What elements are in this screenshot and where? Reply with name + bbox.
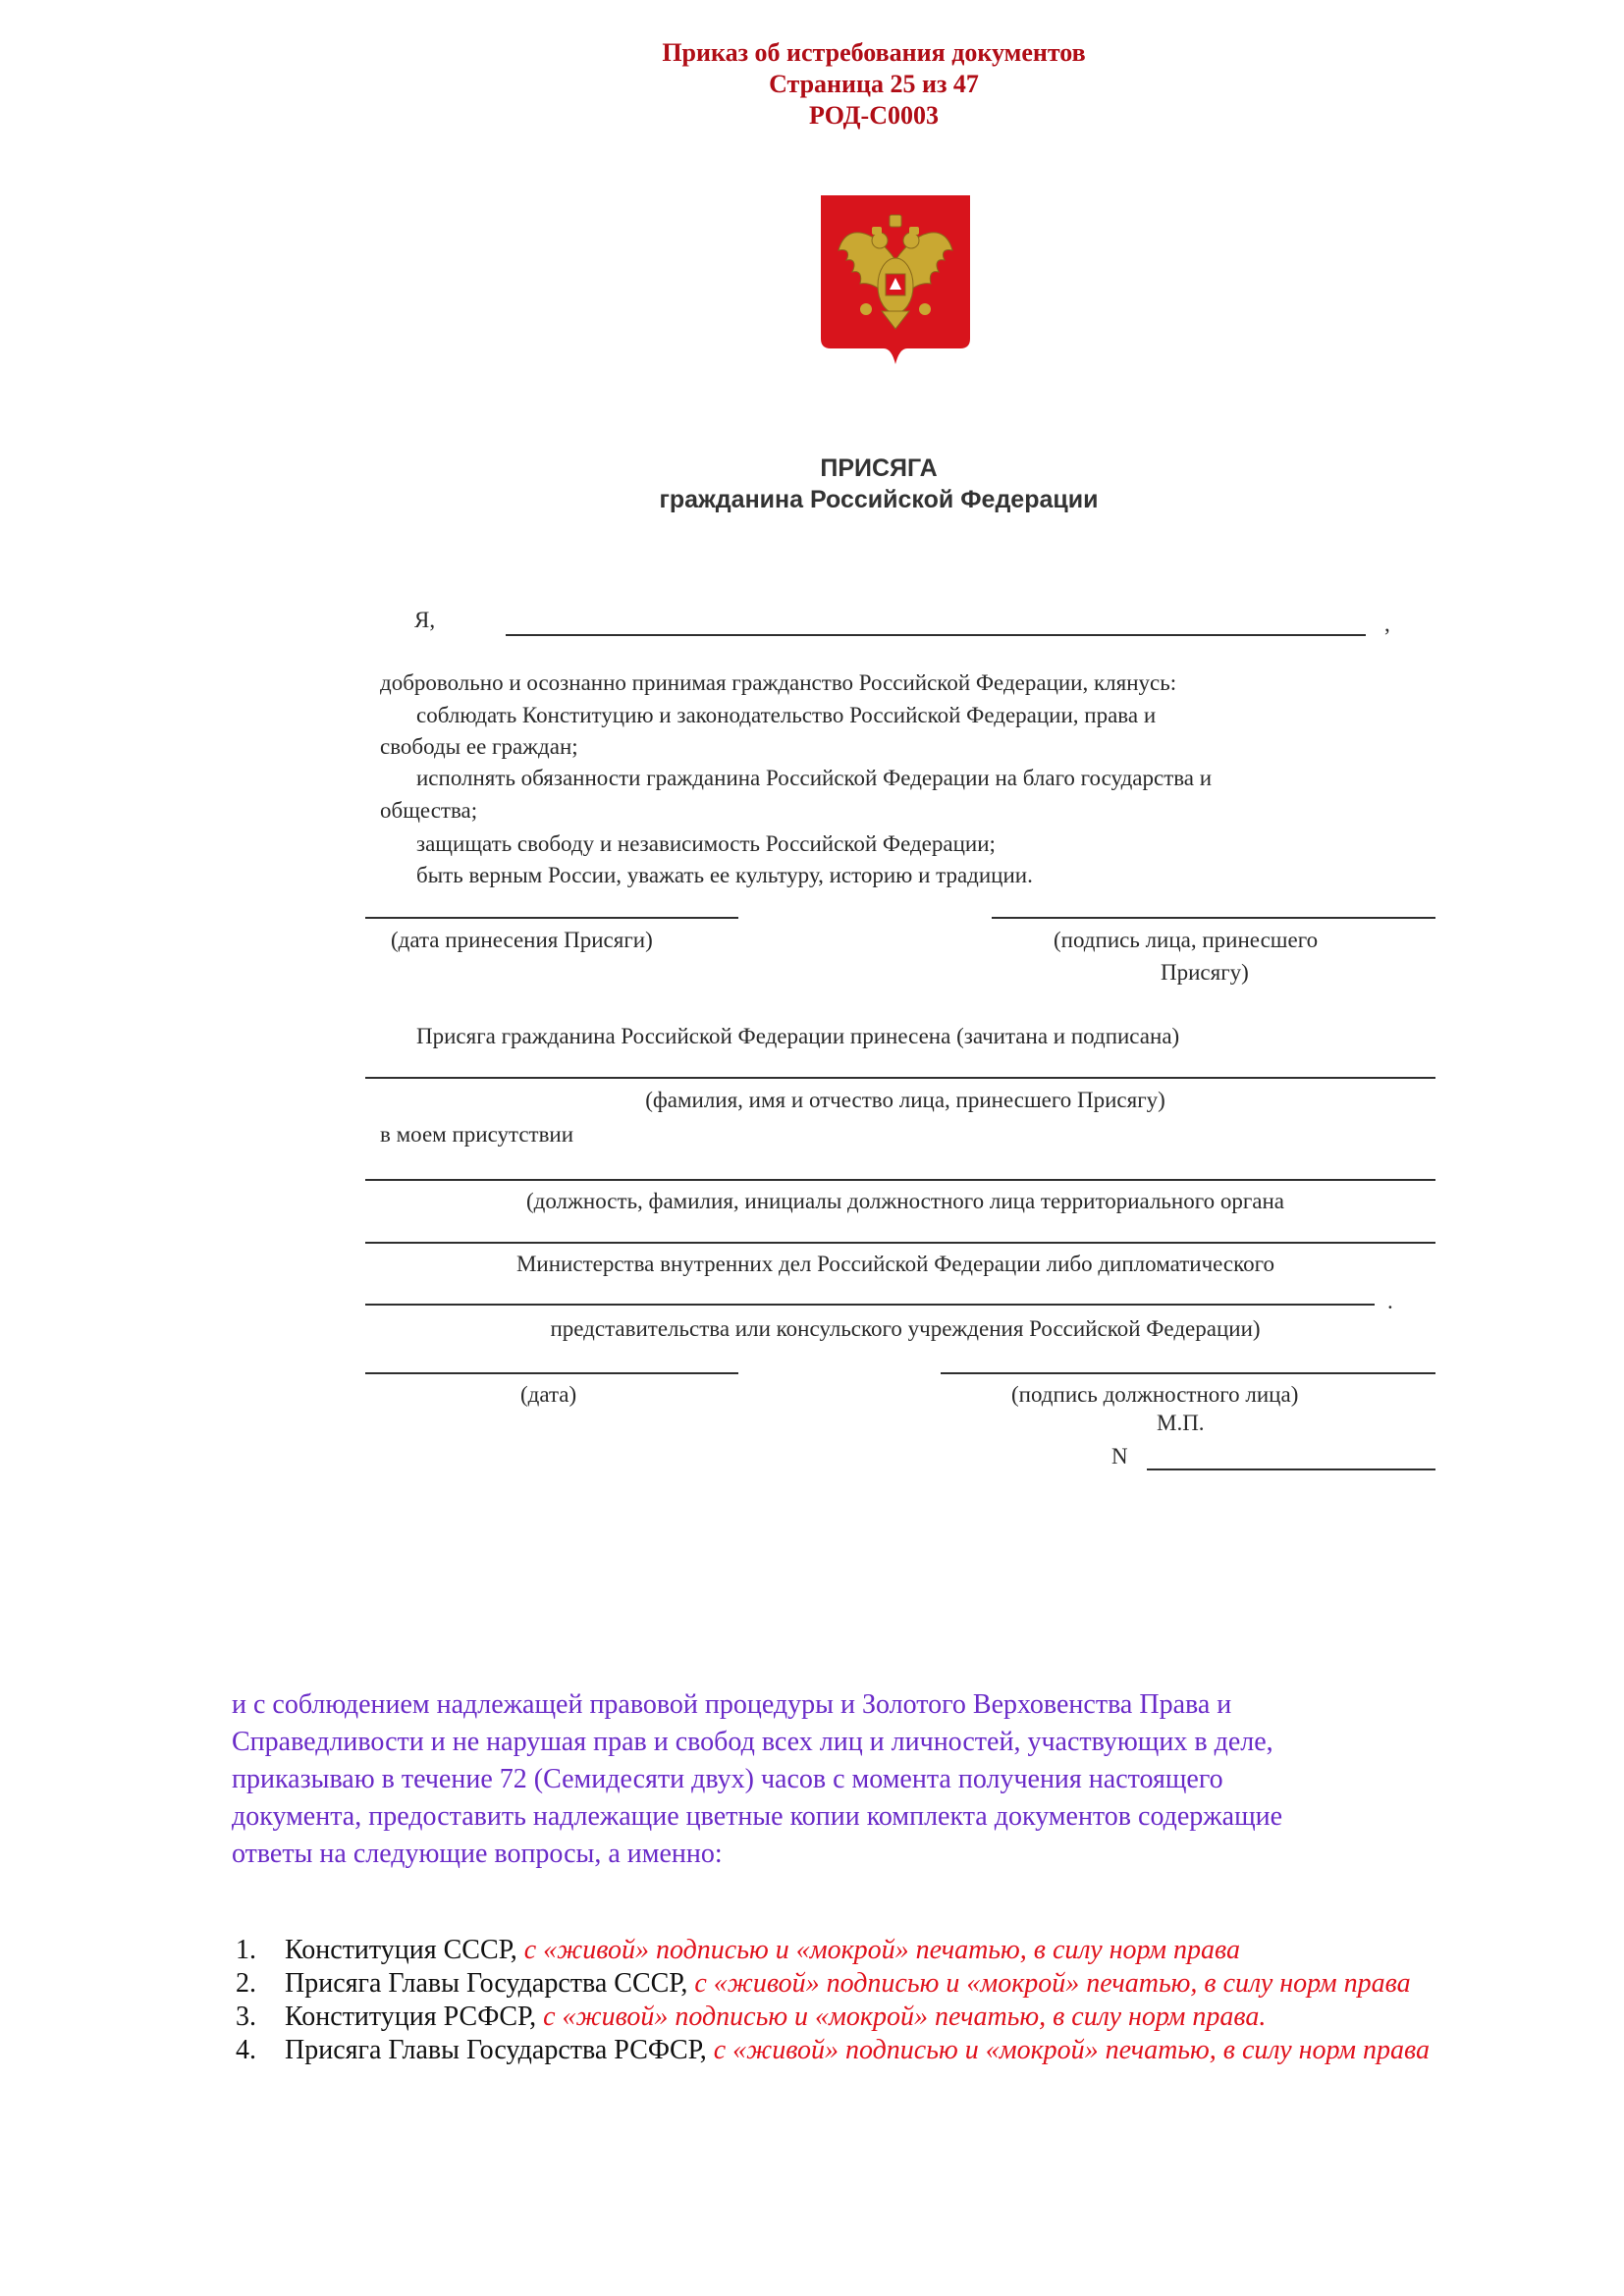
order-paragraph: и с соблюдением надлежащей правовой проц… bbox=[232, 1686, 1282, 1873]
paragraph-line: и с соблюдением надлежащей правовой проц… bbox=[232, 1686, 1282, 1724]
name-trailing-comma: , bbox=[1384, 611, 1390, 638]
official-label-3: представительства или консульского учреж… bbox=[365, 1315, 1445, 1343]
list-item-note: с «живой» подписью и «мокрой» печатью, в… bbox=[524, 1935, 1240, 1965]
oath-line: общества; bbox=[380, 797, 477, 825]
list-item: 3. Конституция РСФСР, с «живой» подписью… bbox=[236, 2001, 1522, 2034]
paragraph-line: ответы на следующие вопросы, а именно: bbox=[232, 1836, 1282, 1873]
list-item: 1. Конституция СССР, с «живой» подписью … bbox=[236, 1934, 1522, 1967]
official-label-1: (должность, фамилия, инициалы должностно… bbox=[365, 1188, 1445, 1215]
date-label: (дата) bbox=[520, 1381, 576, 1409]
oath-taken-text: Присяга гражданина Российской Федерации … bbox=[416, 1023, 1179, 1050]
list-item: 2. Присяга Главы Государства СССР, с «жи… bbox=[236, 1967, 1522, 2001]
list-item-number: 1. bbox=[236, 1934, 256, 1967]
documents-list: 1. Конституция СССР, с «живой» подписью … bbox=[236, 1934, 1522, 2067]
list-item-text: Присяга Главы Государства СССР, bbox=[285, 1968, 687, 1999]
header-document-code: РОД-С0003 bbox=[0, 100, 1624, 132]
paragraph-line: приказываю в течение 72 (Семидесяти двух… bbox=[232, 1761, 1282, 1798]
official-line-3 bbox=[365, 1304, 1375, 1306]
list-item: 4. Присяга Главы Государства РСФСР, с «ж… bbox=[236, 2034, 1522, 2067]
header-page-number: Страница 25 из 47 bbox=[0, 69, 1624, 100]
list-item-number: 2. bbox=[236, 1967, 256, 2001]
fio-label: (фамилия, имя и отчество лица, принесшег… bbox=[365, 1087, 1445, 1114]
list-item-text: Конституция РСФСР, bbox=[285, 2002, 536, 2032]
header-title: Приказ об истребования документов bbox=[0, 37, 1624, 69]
oath-line: исполнять обязанности гражданина Российс… bbox=[416, 765, 1212, 792]
list-item-note: с «живой» подписью и «мокрой» печатью, в… bbox=[694, 1968, 1410, 1999]
oath-line: соблюдать Конституцию и законодательство… bbox=[416, 702, 1156, 729]
number-label: N bbox=[1111, 1443, 1128, 1470]
stamp-label: М.П. bbox=[1157, 1410, 1205, 1437]
list-item-number: 4. bbox=[236, 2034, 256, 2067]
date-of-oath-line bbox=[365, 917, 738, 919]
i-label: Я, bbox=[414, 607, 435, 634]
official-signature-line bbox=[941, 1372, 1435, 1374]
fio-line bbox=[365, 1077, 1435, 1079]
official-label-2: Министерства внутренних дел Российской Ф… bbox=[365, 1251, 1426, 1278]
coat-of-arms-russia-icon bbox=[817, 191, 974, 368]
list-item-text: Конституция СССР, bbox=[285, 1935, 517, 1965]
in-presence-text: в моем присутствии bbox=[380, 1121, 573, 1148]
date-of-oath-label: (дата принесения Присяги) bbox=[391, 927, 653, 954]
list-item-text: Присяга Главы Государства РСФСР, bbox=[285, 2035, 707, 2065]
paragraph-line: документа, предоставить надлежащие цветн… bbox=[232, 1798, 1282, 1836]
signature-line bbox=[992, 917, 1435, 919]
name-underline bbox=[506, 634, 1366, 636]
list-item-note: с «живой» подписью и «мокрой» печатью, в… bbox=[714, 2035, 1430, 2065]
list-item-number: 3. bbox=[236, 2001, 256, 2034]
official-line-2 bbox=[365, 1242, 1435, 1244]
number-line bbox=[1147, 1468, 1435, 1470]
signature-label-cont: Присягу) bbox=[1161, 959, 1249, 987]
official-line-1 bbox=[365, 1179, 1435, 1181]
document-header: Приказ об истребования документов Страни… bbox=[0, 37, 1624, 132]
official-trailing-dot: . bbox=[1387, 1288, 1393, 1315]
oath-line: добровольно и осознанно принимая граждан… bbox=[380, 669, 1176, 697]
form-title: ПРИСЯГА bbox=[0, 454, 1624, 483]
signature-label: (подпись лица, принесшего bbox=[1054, 927, 1318, 954]
paragraph-line: Справедливости и не нарушая прав и свобо… bbox=[232, 1724, 1282, 1761]
oath-line: быть верным России, уважать ее культуру,… bbox=[416, 862, 1033, 889]
list-item-note: с «живой» подписью и «мокрой» печатью, в… bbox=[543, 2002, 1266, 2032]
oath-line: свободы ее граждан; bbox=[380, 733, 578, 761]
date-line bbox=[365, 1372, 738, 1374]
oath-line: защищать свободу и независимость Российс… bbox=[416, 830, 996, 858]
form-subtitle: гражданина Российской Федерации bbox=[0, 485, 1624, 514]
official-signature-label: (подпись должностного лица) bbox=[1011, 1381, 1298, 1409]
